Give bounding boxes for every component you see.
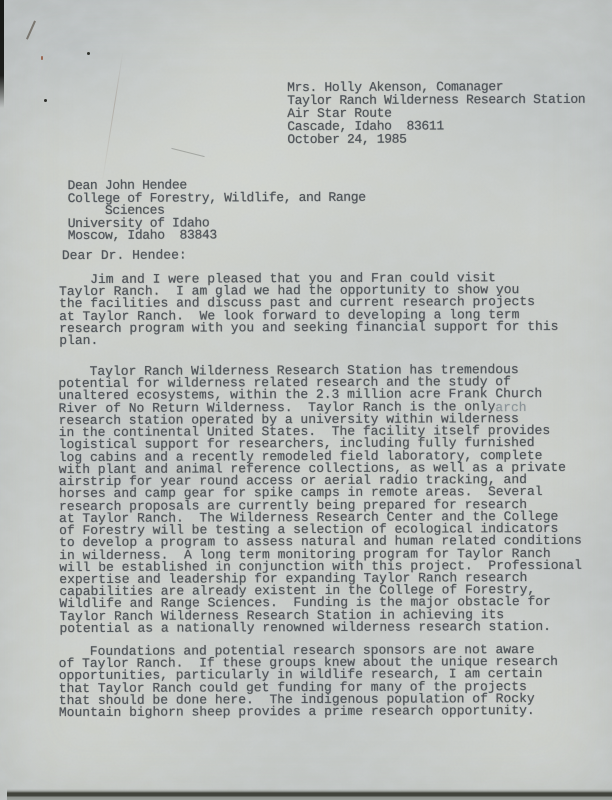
text-line: October 24, 1985 [287,132,585,146]
text-line: research program with you and seeking fi… [59,321,558,335]
salutation: Dear Dr. Hendee: [62,249,187,262]
text-line: Mountain bighorn sheep provides a prime … [59,705,558,719]
text-line: potential as a nationally renowned wilde… [59,621,582,636]
text-line: Moscow, Idaho 83843 [68,229,366,243]
paragraph-1: Jim and I were pleased that you and Fran… [59,272,559,348]
scanned-letter-page: Mrs. Holly Akenson, ComanagerTaylor Ranc… [0,0,612,800]
overstrike-ghost-text: arch [495,400,526,415]
paragraph-3: Foundations and potential research spons… [59,644,559,720]
letter-content: Mrs. Holly Akenson, ComanagerTaylor Ranc… [0,0,612,800]
sender-address-block: Mrs. Holly Akenson, ComanagerTaylor Ranc… [287,80,585,146]
recipient-address-block: Dean John HendeeCollege of Forestry, Wil… [68,179,366,243]
scan-edge-bottom [7,789,612,800]
